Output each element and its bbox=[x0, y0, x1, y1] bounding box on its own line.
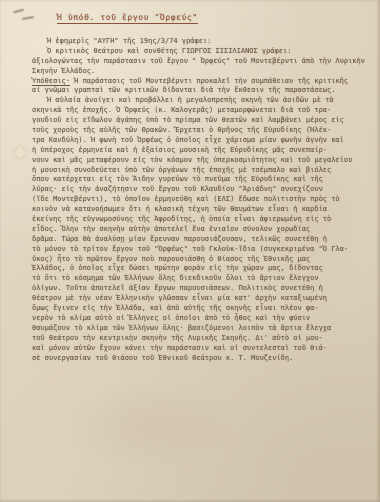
text-line: θαυμάζουν τὸ κλίμα τῶν Ἑλλήνων ὅλης· βασ… bbox=[32, 324, 352, 334]
text-line: Σκηνὴν Ἑλλάδος. bbox=[32, 67, 352, 77]
text-line: Ἑλλάδος, ὁ ὁποῖος εἶχε δώσει πρώτην φορὰ… bbox=[32, 264, 352, 274]
text-line: καὶ μόνον αὐτῶν ἔχουν κάνει τὴν παράστασ… bbox=[32, 344, 352, 354]
text-line: τοῦ θεάτρου τὴν κεντρικὴν σκηνὴν τῆς Λυρ… bbox=[32, 334, 352, 344]
text-line: κοινὸν νὰ κατανοήσωμεν ὅτι ἡ κλασικὴ τέχ… bbox=[32, 205, 352, 215]
text-line: ἐκείνης τῆς εὐγνωμοσύνης τῆς Ἀφροδίτης, … bbox=[32, 215, 352, 225]
text-line: (ἴδε Μοντεβέρντι), τὸ ὁποῖον ἑρμηνεύθη κ… bbox=[32, 195, 352, 205]
text-line: τοὺς χοροὺς τῆς αὐλῆς τῶν Θρακῶν. Ἔρχετα… bbox=[32, 126, 352, 136]
text-line: ἡ μουσικὴ συνοδεύεται ὑπὸ τῶν ὀργάνων τῆ… bbox=[32, 166, 352, 176]
text-line: ῦκος) ἦτο τὸ πρῶτον ἔργον ποὺ παρουσιάσθ… bbox=[32, 255, 352, 265]
pencil-mark bbox=[13, 9, 24, 13]
scan-background: { "page": { "paper_color": "#ded3bd", "i… bbox=[0, 0, 380, 502]
text-line: ὅμως ἔγινεν εἰς τὴν Ἑλλάδα, καὶ ἀπὸ αὐτῆ… bbox=[32, 304, 352, 314]
underlined-word: Ὑπόθεσις· bbox=[32, 77, 70, 87]
text-line: ὀλίγων. Τοῦτο ἀποτελεῖ ἀξίαν ἔργων παρου… bbox=[32, 284, 352, 294]
text-line: λύρας· εἰς τὴν ἀναζήτησιν τοῦ ἔργου τοῦ … bbox=[32, 185, 352, 195]
text-line: ἡ ὑπέροχος ἑρμηνεία καὶ ἡ ἐξαίσιος μουσι… bbox=[32, 146, 352, 156]
text-line: ἀξιολογώντας τὴν παράστασιν τοῦ ἔργου " … bbox=[32, 57, 352, 67]
text-line: τὸ ὅτι τὸ κόσμημα τῶν Ἑλλήνων ὅλης διεκδ… bbox=[32, 274, 352, 284]
pencil-mark bbox=[22, 16, 34, 20]
text-line: νερὸν τὸ κλίμα αὐτὸ οἱ Ἕλληνες οἱ ὁποῖοι… bbox=[32, 314, 352, 324]
text-line: σὲ συνεργασίαν τοῦ θιάσου τοῦ Ἐθνικοῦ Θε… bbox=[32, 354, 352, 364]
typewritten-text-block: Ἡ ἐφημερὶς "ΑΥΓΗ" τῆς 19ης/3/74 γράφει:Ὁ… bbox=[32, 37, 352, 363]
paper-stain bbox=[60, 380, 240, 470]
text-line: Ὑπόθεσις· Ἡ παράστασις τοῦ Μοντεβέρντι π… bbox=[32, 77, 352, 87]
text-line: εἶδος. Ὅλην τὴν σκηνὴν αὐτὴν ἀποτελεῖ ἕν… bbox=[32, 225, 352, 235]
text-line: Ἡ ἐφημερὶς "ΑΥΓΗ" τῆς 19ης/3/74 γράφει: bbox=[32, 37, 352, 47]
text-line: Ἡ αὐλαία ἀνοίγει καὶ προβάλλει ἡ μεγαλοπ… bbox=[32, 96, 352, 106]
text-line: γουδιοῦ εἰς εἴδωλον ἀγάπης ὑπὸ τὸ πρίσμα… bbox=[32, 116, 352, 126]
paper-flaw-diamond bbox=[14, 146, 27, 159]
text-line: τὸ μόνον τὸ τρίτον ἔργον τοῦ "Ὀρφέως" το… bbox=[32, 245, 352, 255]
page-title: Ἡ ὑπόθ. τοῦ ἔργου "Ὀρφεύς" bbox=[57, 13, 198, 24]
text-line: αἱ γνῶμαι γραπταὶ τῶν κριτικῶν δίδονται … bbox=[32, 86, 352, 96]
text-line: νουν καὶ μᾶς μεταφέρουν εἰς τὸν κόσμον τ… bbox=[32, 156, 352, 166]
text-line: θέατρον μὲ τὴν νέαν Ἑλληνικὴν γλῶσσαν εἶ… bbox=[32, 294, 352, 304]
text-line: δρᾶμα. Τώρα θὰ ἀναλύσῃ μίαν ἔρευναν παρο… bbox=[32, 235, 352, 245]
text-line: ὅπου κατέρχεται εἰς τὸν Ἅιδην γυρεύων τὸ… bbox=[32, 175, 352, 185]
document-page: Ἡ ὑπόθ. τοῦ ἔργου "Ὀρφεύς" Ἡ ἐφημερὶς "Α… bbox=[0, 0, 380, 502]
text-line: σκηνικὰ τῆς ἐποχῆς. Ὁ Ὀρφεύς (κ. Καλογερ… bbox=[32, 106, 352, 116]
text-line: Ὁ κριτικὸς θεάτρου καὶ συνθέτης ΓΙΩΡΓΟΣ … bbox=[32, 47, 352, 57]
text-line: τρα Κανδύλη). Ἡ φωνὴ τοῦ Ὀρφέως ὁ ὁποῖος… bbox=[32, 136, 352, 146]
